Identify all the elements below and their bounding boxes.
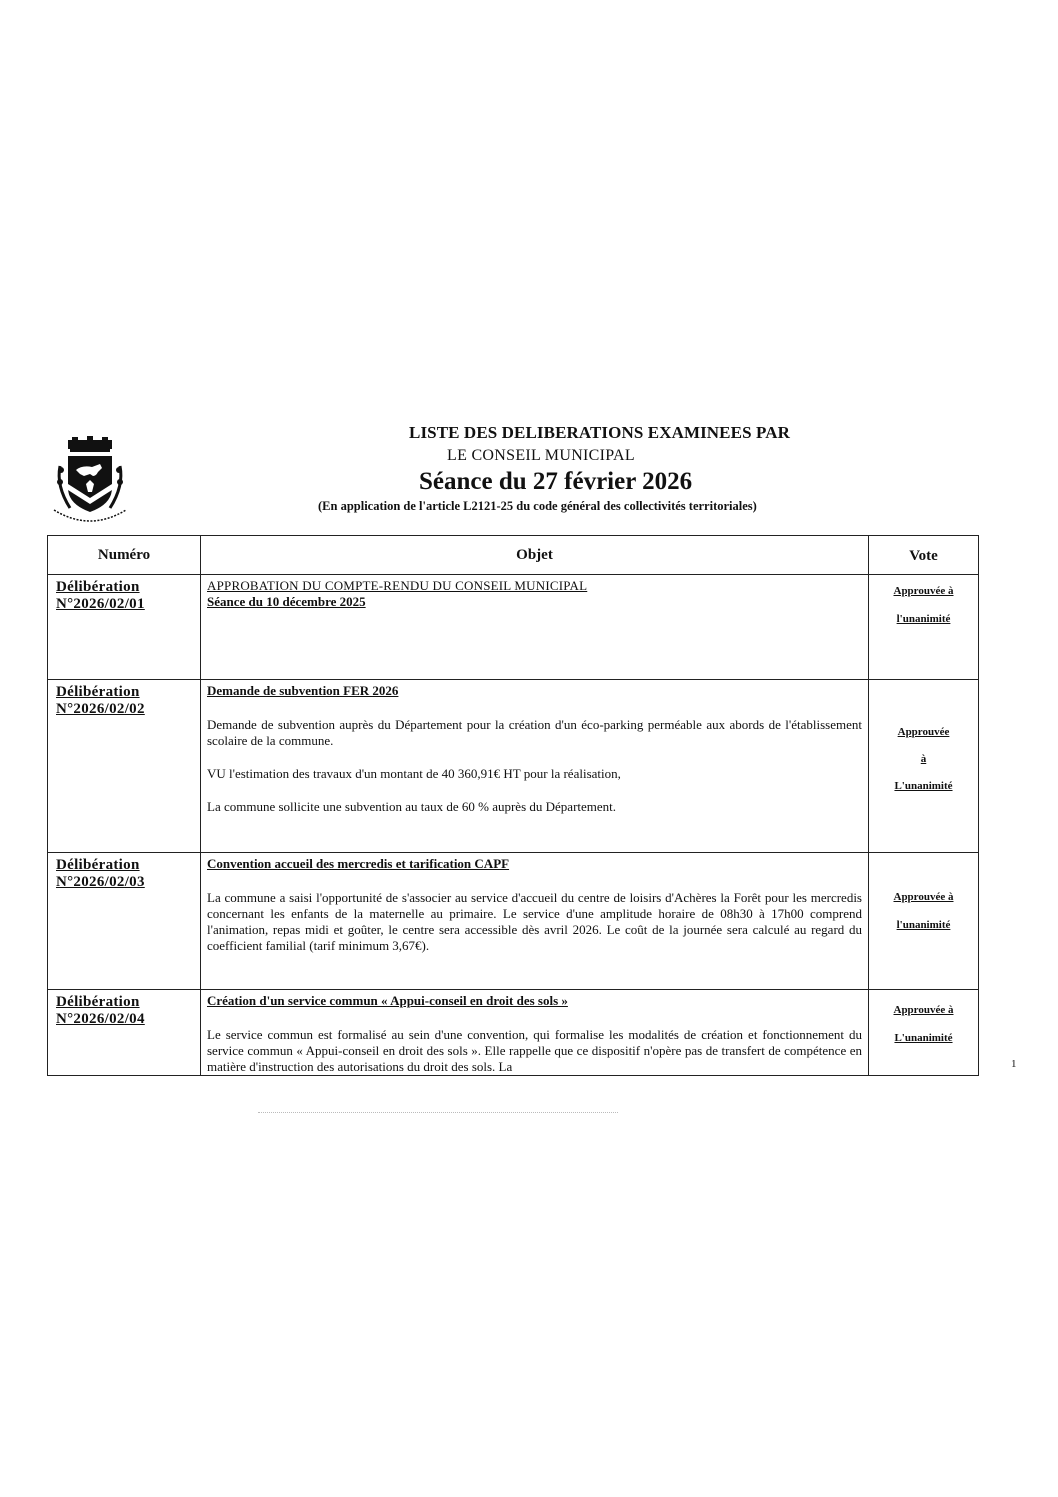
deliberation-object-cell: Convention accueil des mercredis et tari…: [201, 853, 869, 990]
table-row: Délibération N°2026/02/01 APPROBATION DU…: [48, 575, 979, 680]
deliberation-label: Délibération: [56, 579, 194, 596]
vote-result-line1: Approuvée à: [869, 891, 978, 904]
page-number: 1: [1011, 1058, 1017, 1070]
deliberations-table: Numéro Objet Vote Délibération N°2026/02…: [47, 535, 979, 1076]
deliberation-title: Convention accueil des mercredis et tari…: [207, 856, 862, 872]
deliberation-paragraph: La commune sollicite une subvention au t…: [207, 799, 862, 815]
deliberation-paragraph: Demande de subvention auprès du Départem…: [207, 717, 862, 749]
scan-artifact-divider: [258, 1112, 618, 1113]
column-header-numero: Numéro: [48, 536, 201, 575]
deliberation-title: Demande de subvention FER 2026: [207, 683, 862, 699]
deliberation-object-cell: APPROBATION DU COMPTE-RENDU DU CONSEIL M…: [201, 575, 869, 680]
deliberation-object-cell: Création d'un service commun « Appui-con…: [201, 990, 869, 1076]
deliberation-subtitle: Séance du 10 décembre 2025: [207, 594, 862, 610]
vote-cell: Approuvée à L'unanimité: [869, 990, 979, 1076]
vote-result-line3: L'unanimité: [869, 780, 978, 793]
legal-note: (En application de l'article L2121-25 du…: [318, 499, 757, 514]
deliberation-number-cell: Délibération N°2026/02/03: [48, 853, 201, 990]
column-header-vote-label: Vote: [869, 546, 978, 565]
vote-result-line2: l'unanimité: [869, 919, 978, 932]
table-row: Délibération N°2026/02/03 Convention acc…: [48, 853, 979, 990]
deliberation-paragraph: VU l'estimation des travaux d'un montant…: [207, 766, 862, 782]
deliberation-title: Création d'un service commun « Appui-con…: [207, 993, 862, 1009]
session-title: Séance du 27 février 2026: [419, 468, 692, 496]
table-header-row: Numéro Objet Vote: [48, 536, 979, 575]
deliberation-number-cell: Délibération N°2026/02/04: [48, 990, 201, 1076]
table-row: Délibération N°2026/02/02 Demande de sub…: [48, 680, 979, 853]
deliberation-number: N°2026/02/01: [56, 596, 194, 613]
column-header-vote: Vote: [869, 536, 979, 575]
municipal-coat-of-arms-icon: [50, 436, 130, 528]
vote-result-line1: Approuvée: [869, 726, 978, 739]
vote-result-line2: L'unanimité: [869, 1032, 978, 1045]
column-header-objet: Objet: [201, 536, 869, 575]
header-title-line1: LISTE DES DELIBERATIONS EXAMINEES PAR: [409, 423, 790, 443]
deliberation-label: Délibération: [56, 684, 194, 701]
deliberation-paragraph: Le service commun est formalisé au sein …: [207, 1027, 862, 1075]
vote-result-line1: Approuvée à: [869, 585, 978, 598]
deliberation-number: N°2026/02/03: [56, 874, 194, 891]
deliberation-label: Délibération: [56, 994, 194, 1011]
deliberation-number: N°2026/02/02: [56, 701, 194, 718]
vote-result-line2: l'unanimité: [869, 613, 978, 626]
deliberation-title: APPROBATION DU COMPTE-RENDU DU CONSEIL M…: [207, 578, 862, 594]
vote-cell: Approuvée à L'unanimité: [869, 680, 979, 853]
table-row: Délibération N°2026/02/04 Création d'un …: [48, 990, 979, 1076]
deliberation-number-cell: Délibération N°2026/02/01: [48, 575, 201, 680]
deliberation-label: Délibération: [56, 857, 194, 874]
header-title-line2: LE CONSEIL MUNICIPAL: [447, 447, 635, 465]
vote-result-line2: à: [869, 753, 978, 766]
vote-cell: Approuvée à l'unanimité: [869, 575, 979, 680]
deliberation-paragraph: La commune a saisi l'opportunité de s'as…: [207, 890, 862, 954]
deliberation-number-cell: Délibération N°2026/02/02: [48, 680, 201, 853]
deliberation-number: N°2026/02/04: [56, 1011, 194, 1028]
vote-result-line1: Approuvée à: [869, 1004, 978, 1017]
vote-cell: Approuvée à l'unanimité: [869, 853, 979, 990]
deliberation-object-cell: Demande de subvention FER 2026 Demande d…: [201, 680, 869, 853]
